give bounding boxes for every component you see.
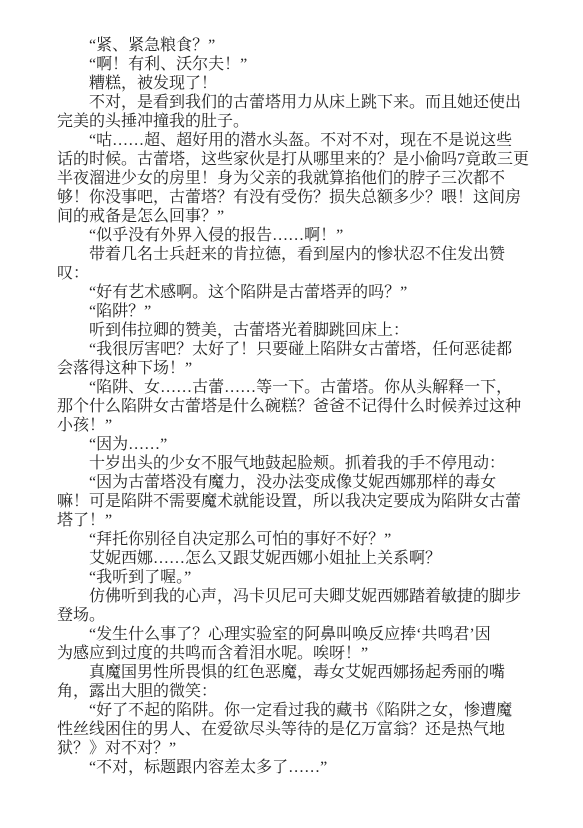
text-line: 够！你没事吧，古蕾塔？有没有受伤？损失总额多少？喂！这间房 <box>57 188 527 207</box>
text-line: 那个什么陷阱女古蕾塔是什么碗糕？爸爸不记得什么时候养过这种 <box>57 397 527 416</box>
text-line: 间的戒备是怎么回事？” <box>57 207 527 226</box>
text-line: 狱？》对不对？” <box>57 739 527 758</box>
text-line: 艾妮西娜……怎么又跟艾妮西娜小姐扯上关系啊？ <box>57 549 527 568</box>
text-line: 性丝线困住的男人、在爱欲尽头等待的是亿万富翁？还是热气地 <box>57 720 527 739</box>
text-line: 嘛！可是陷阱不需要魔术就能设置，所以我决定要成为陷阱女古蕾 <box>57 492 527 511</box>
text-line: 听到伟拉卿的赞美，古蕾塔光着脚跳回床上： <box>57 321 527 340</box>
text-line: 为感应到过度的共鸣而含着泪水呢。唉呀！” <box>57 644 527 663</box>
text-line: “因为……” <box>57 435 527 454</box>
text-line: “因为古蕾塔没有魔力，没办法变成像艾妮西娜那样的毒女 <box>57 473 527 492</box>
text-line: “紧、紧急粮食？” <box>57 36 527 55</box>
text-line: “拜托你别径自决定那么可怕的事好不好？” <box>57 530 527 549</box>
text-line: 不对，是看到我们的古蕾塔用力从床上跳下来。而且她还使出 <box>57 93 527 112</box>
text-line: “啊！有利、沃尔夫！” <box>57 55 527 74</box>
text-line: 叹： <box>57 264 527 283</box>
text-line: 糟糕，被发现了！ <box>57 74 527 93</box>
text-line: “我很厉害吧？太好了！只要碰上陷阱女古蕾塔，任何恶徒都 <box>57 340 527 359</box>
text-line: “我听到了喔。” <box>57 568 527 587</box>
text-line: “不对，标题跟内容差太多了……” <box>57 758 527 777</box>
text-line: “似乎没有外界入侵的报告……啊！” <box>57 226 527 245</box>
text-line: 带着几名士兵赶来的肯拉德，看到屋内的惨状忍不住发出赞 <box>57 245 527 264</box>
text-line: “发生什么事了？心理实验室的阿鼻叫唤反应捧‘共鸣君’因 <box>57 625 527 644</box>
text-line: 话的时候。古蕾塔，这些家伙是打从哪里来的？是小偷吗7竟敢三更 <box>57 150 527 169</box>
text-block: “紧、紧急粮食？”“啊！有利、沃尔夫！”糟糕，被发现了！不对，是看到我们的古蕾塔… <box>57 36 527 777</box>
text-line: 完美的头捶冲撞我的肚子。 <box>57 112 527 131</box>
text-line: 仿佛听到我的心声，冯卡贝尼可夫卿艾妮西娜踏着敏捷的脚步 <box>57 587 527 606</box>
text-line: 真魔国男性所畏惧的红色恶魔，毒女艾妮西娜扬起秀丽的嘴 <box>57 663 527 682</box>
text-line: “好了不起的陷阱。你一定看过我的藏书《陷阱之女，惨遭魔 <box>57 701 527 720</box>
text-line: “好有艺术感啊。这个陷阱是古蕾塔弄的吗？” <box>57 283 527 302</box>
text-line: “咕……超、超好用的潜水头盔。不对不对，现在不是说这些 <box>57 131 527 150</box>
text-line: “陷阱、女……古蕾……等一下。古蕾塔。你从头解释一下， <box>57 378 527 397</box>
text-line: 半夜溜进少女的房里！身为父亲的我就算掐他们的脖子三次都不 <box>57 169 527 188</box>
text-line: 登场。 <box>57 606 527 625</box>
text-line: 塔了！” <box>57 511 527 530</box>
text-line: 十岁出头的少女不服气地鼓起脸颊。抓着我的手不停甩动： <box>57 454 527 473</box>
novel-page: “紧、紧急粮食？”“啊！有利、沃尔夫！”糟糕，被发现了！不对，是看到我们的古蕾塔… <box>0 0 583 828</box>
text-line: “陷阱？” <box>57 302 527 321</box>
text-line: 小孩！” <box>57 416 527 435</box>
text-line: 会落得这种下场！” <box>57 359 527 378</box>
text-line: 角，露出大胆的微笑： <box>57 682 527 701</box>
